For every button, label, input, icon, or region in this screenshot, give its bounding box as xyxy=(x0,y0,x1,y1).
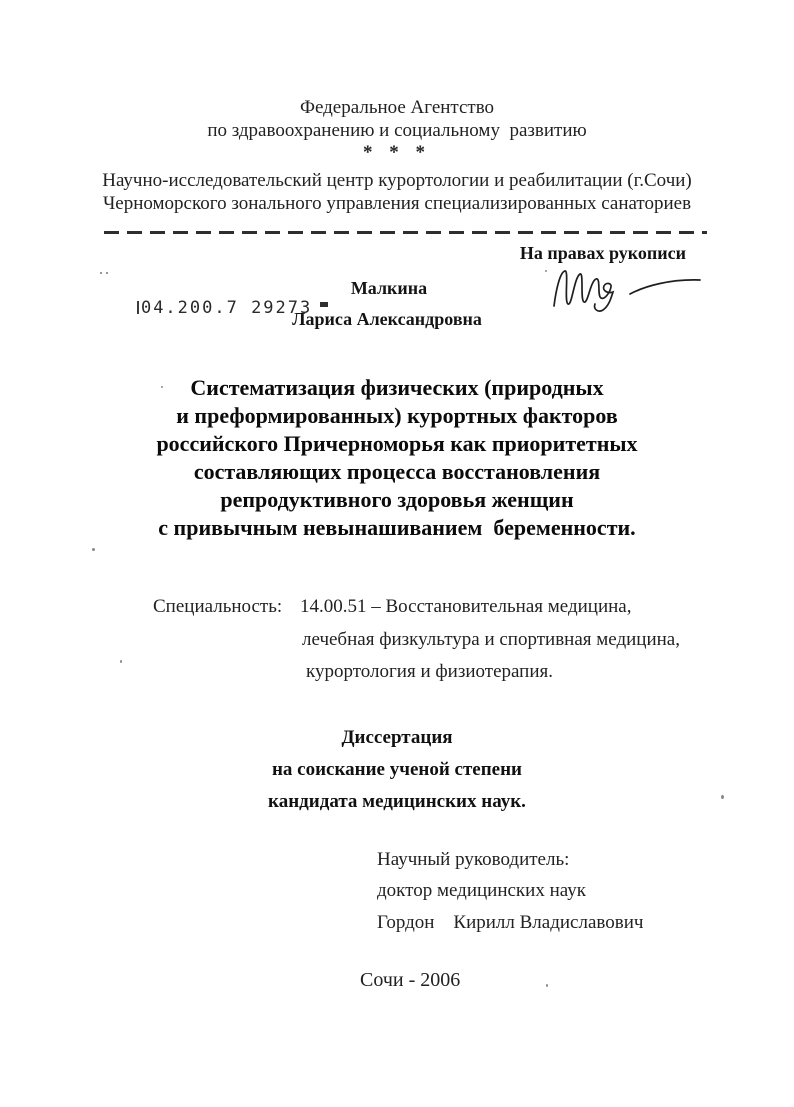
title-line: Систематизация физических (природных xyxy=(0,374,794,402)
specialty-line-2: лечебная физкультура и спортивная медици… xyxy=(302,629,680,651)
institute-name-line-1: Научно-исследовательский центр курортоло… xyxy=(0,169,794,192)
scan-artifact-dot xyxy=(120,660,122,663)
scan-artifact-dot xyxy=(100,272,102,274)
scan-artifact-dot xyxy=(106,272,108,274)
dissertation-title-page: Федеральное Агентство по здравоохранению… xyxy=(0,0,794,1107)
scan-artifact-dot xyxy=(546,984,548,987)
scan-artifact-dot xyxy=(92,548,95,551)
specialty-line-3: курортология и физиотерапия. xyxy=(306,661,553,683)
stars-separator: * * * xyxy=(0,142,794,164)
thesis-line-1: Диссертация xyxy=(0,722,794,754)
title-line: с привычным невынашиванием беременности. xyxy=(0,514,794,542)
title-line: составляющих процесса восстановления xyxy=(0,458,794,486)
supervisor-label: Научный руководитель: xyxy=(377,849,569,871)
thesis-line-2: на соискание ученой степени xyxy=(0,754,794,786)
title-line: репродуктивного здоровья женщин xyxy=(0,486,794,514)
handwritten-signature xyxy=(540,260,715,318)
agency-name-line-2: по здравоохранению и социальному развити… xyxy=(0,119,794,142)
title-line: и преформированных) курортных факторов xyxy=(0,402,794,430)
title-line: российского Причерноморья как приоритетн… xyxy=(0,430,794,458)
specialty-label: Специальность: xyxy=(153,596,282,618)
stamp-end-mark xyxy=(320,302,328,307)
dissertation-title: Систематизация физических (природных и п… xyxy=(0,374,794,542)
agency-name-line-1: Федеральное Агентство xyxy=(0,96,794,119)
thesis-statement: Диссертация на соискание ученой степени … xyxy=(0,722,794,818)
thesis-line-3: кандидата медицинских наук. xyxy=(0,786,794,818)
institute-name-line-2: Черноморского зонального управления спец… xyxy=(0,192,794,215)
dashed-separator-rule xyxy=(104,231,707,234)
specialty-code-line: 14.00.51 – Восстановительная медицина, xyxy=(300,596,632,618)
scan-artifact-dot xyxy=(721,795,724,799)
scan-artifact-dot xyxy=(161,386,163,388)
city-year: Сочи - 2006 xyxy=(360,969,460,992)
scan-artifact-dot xyxy=(545,270,547,272)
supervisor-degree: доктор медицинских наук xyxy=(377,880,586,902)
supervisor-name: Гордон Кирилл Владиславович xyxy=(377,912,643,934)
